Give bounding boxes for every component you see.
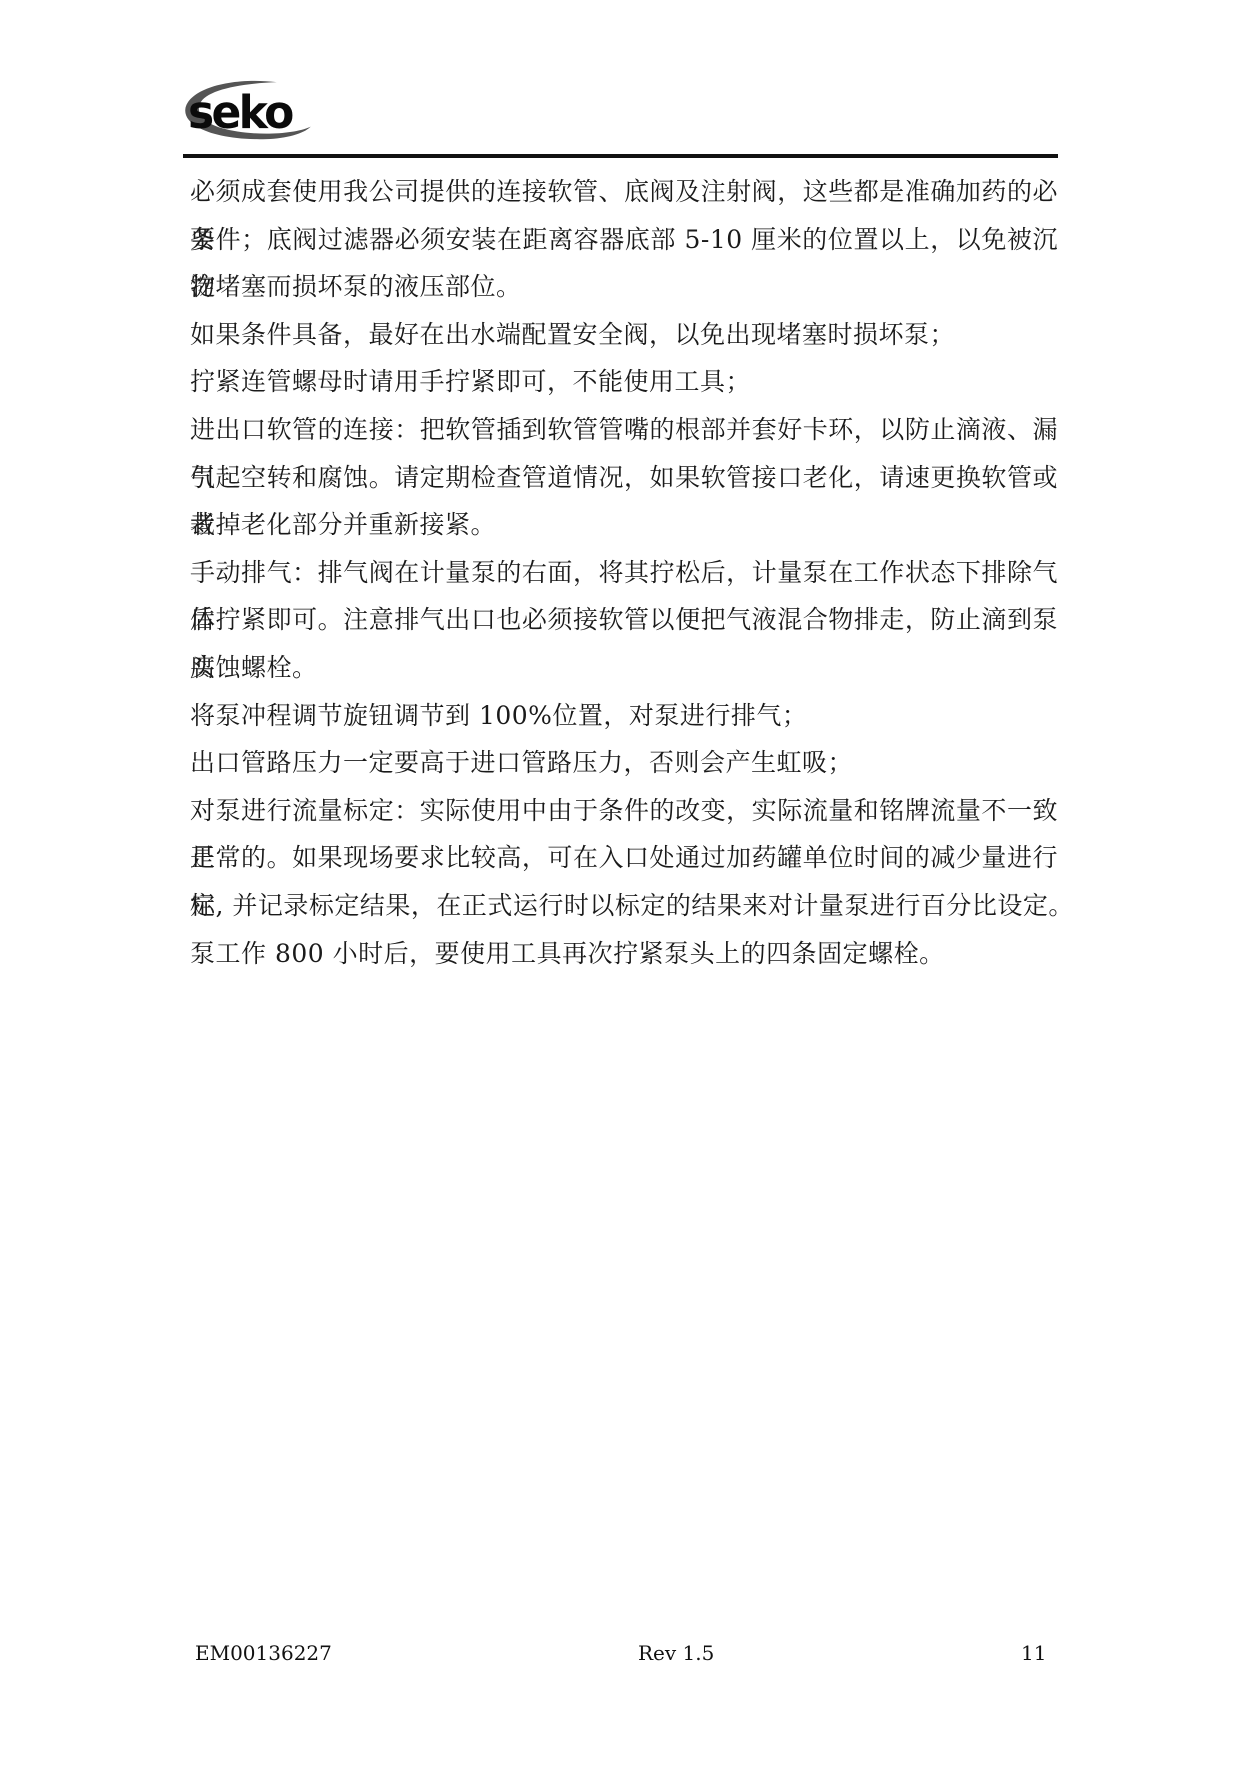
header-divider: [183, 154, 1058, 158]
text-line: 手动排气：排气阀在计量泵的右面，将其拧松后，计量泵在工作状态下排除气体: [190, 549, 1058, 597]
text-line: 必须成套使用我公司提供的连接软管、底阀及注射阀，这些都是准确加药的必要: [190, 168, 1058, 216]
page-footer: EM00136227 Rev 1.5 11: [0, 1641, 1241, 1671]
text-line: 如果条件具备，最好在出水端配置安全阀，以免出现堵塞时损坏泵；: [190, 311, 1058, 359]
text-line: 正常的。如果现场要求比较高，可在入口处通过加药罐单位时间的减少量进行标: [190, 834, 1058, 882]
seko-logo: seko: [180, 78, 320, 144]
text-line: 将泵冲程调节旋钮调节到 100%位置，对泵进行排气；: [190, 692, 1058, 740]
text-line: 引起空转和腐蚀。请定期检查管道情况，如果软管接口老化，请速更换软管或者: [190, 454, 1058, 502]
text-line: 物堵塞而损坏泵的液压部位。: [190, 263, 1058, 311]
text-line: 泵工作 800 小时后，要使用工具再次拧紧泵头上的四条固定螺栓。: [190, 930, 1058, 978]
footer-revision: Rev 1.5: [638, 1641, 714, 1665]
footer-doc-number: EM00136227: [195, 1641, 332, 1665]
text-line: 进出口软管的连接：把软管插到软管管嘴的根部并套好卡环，以防止滴液、漏气: [190, 406, 1058, 454]
text-line: 定, 并记录标定结果，在正式运行时以标定的结果来对计量泵进行百分比设定。: [190, 882, 1058, 930]
text-line: 对泵进行流量标定：实际使用中由于条件的改变，实际流量和铭牌流量不一致是: [190, 787, 1058, 835]
text-line: 条件；底阀过滤器必须安装在距离容器底部 5-10 厘米的位置以上，以免被沉淀: [190, 216, 1058, 264]
footer-page-number: 11: [1021, 1641, 1046, 1665]
logo-text: seko: [188, 85, 292, 139]
text-line: 腐蚀螺栓。: [190, 644, 1058, 692]
text-line: 拧紧连管螺母时请用手拧紧即可，不能使用工具；: [190, 358, 1058, 406]
text-line: 后拧紧即可。注意排气出口也必须接软管以便把气液混合物排走，防止滴到泵头: [190, 596, 1058, 644]
text-line: 裁掉老化部分并重新接紧。: [190, 501, 1058, 549]
text-line: 出口管路压力一定要高于进口管路压力，否则会产生虹吸；: [190, 739, 1058, 787]
manual-page: seko 必须成套使用我公司提供的连接软管、底阀及注射阀，这些都是准确加药的必要…: [0, 0, 1241, 1766]
document-body: 必须成套使用我公司提供的连接软管、底阀及注射阀，这些都是准确加药的必要 条件；底…: [190, 168, 1058, 977]
